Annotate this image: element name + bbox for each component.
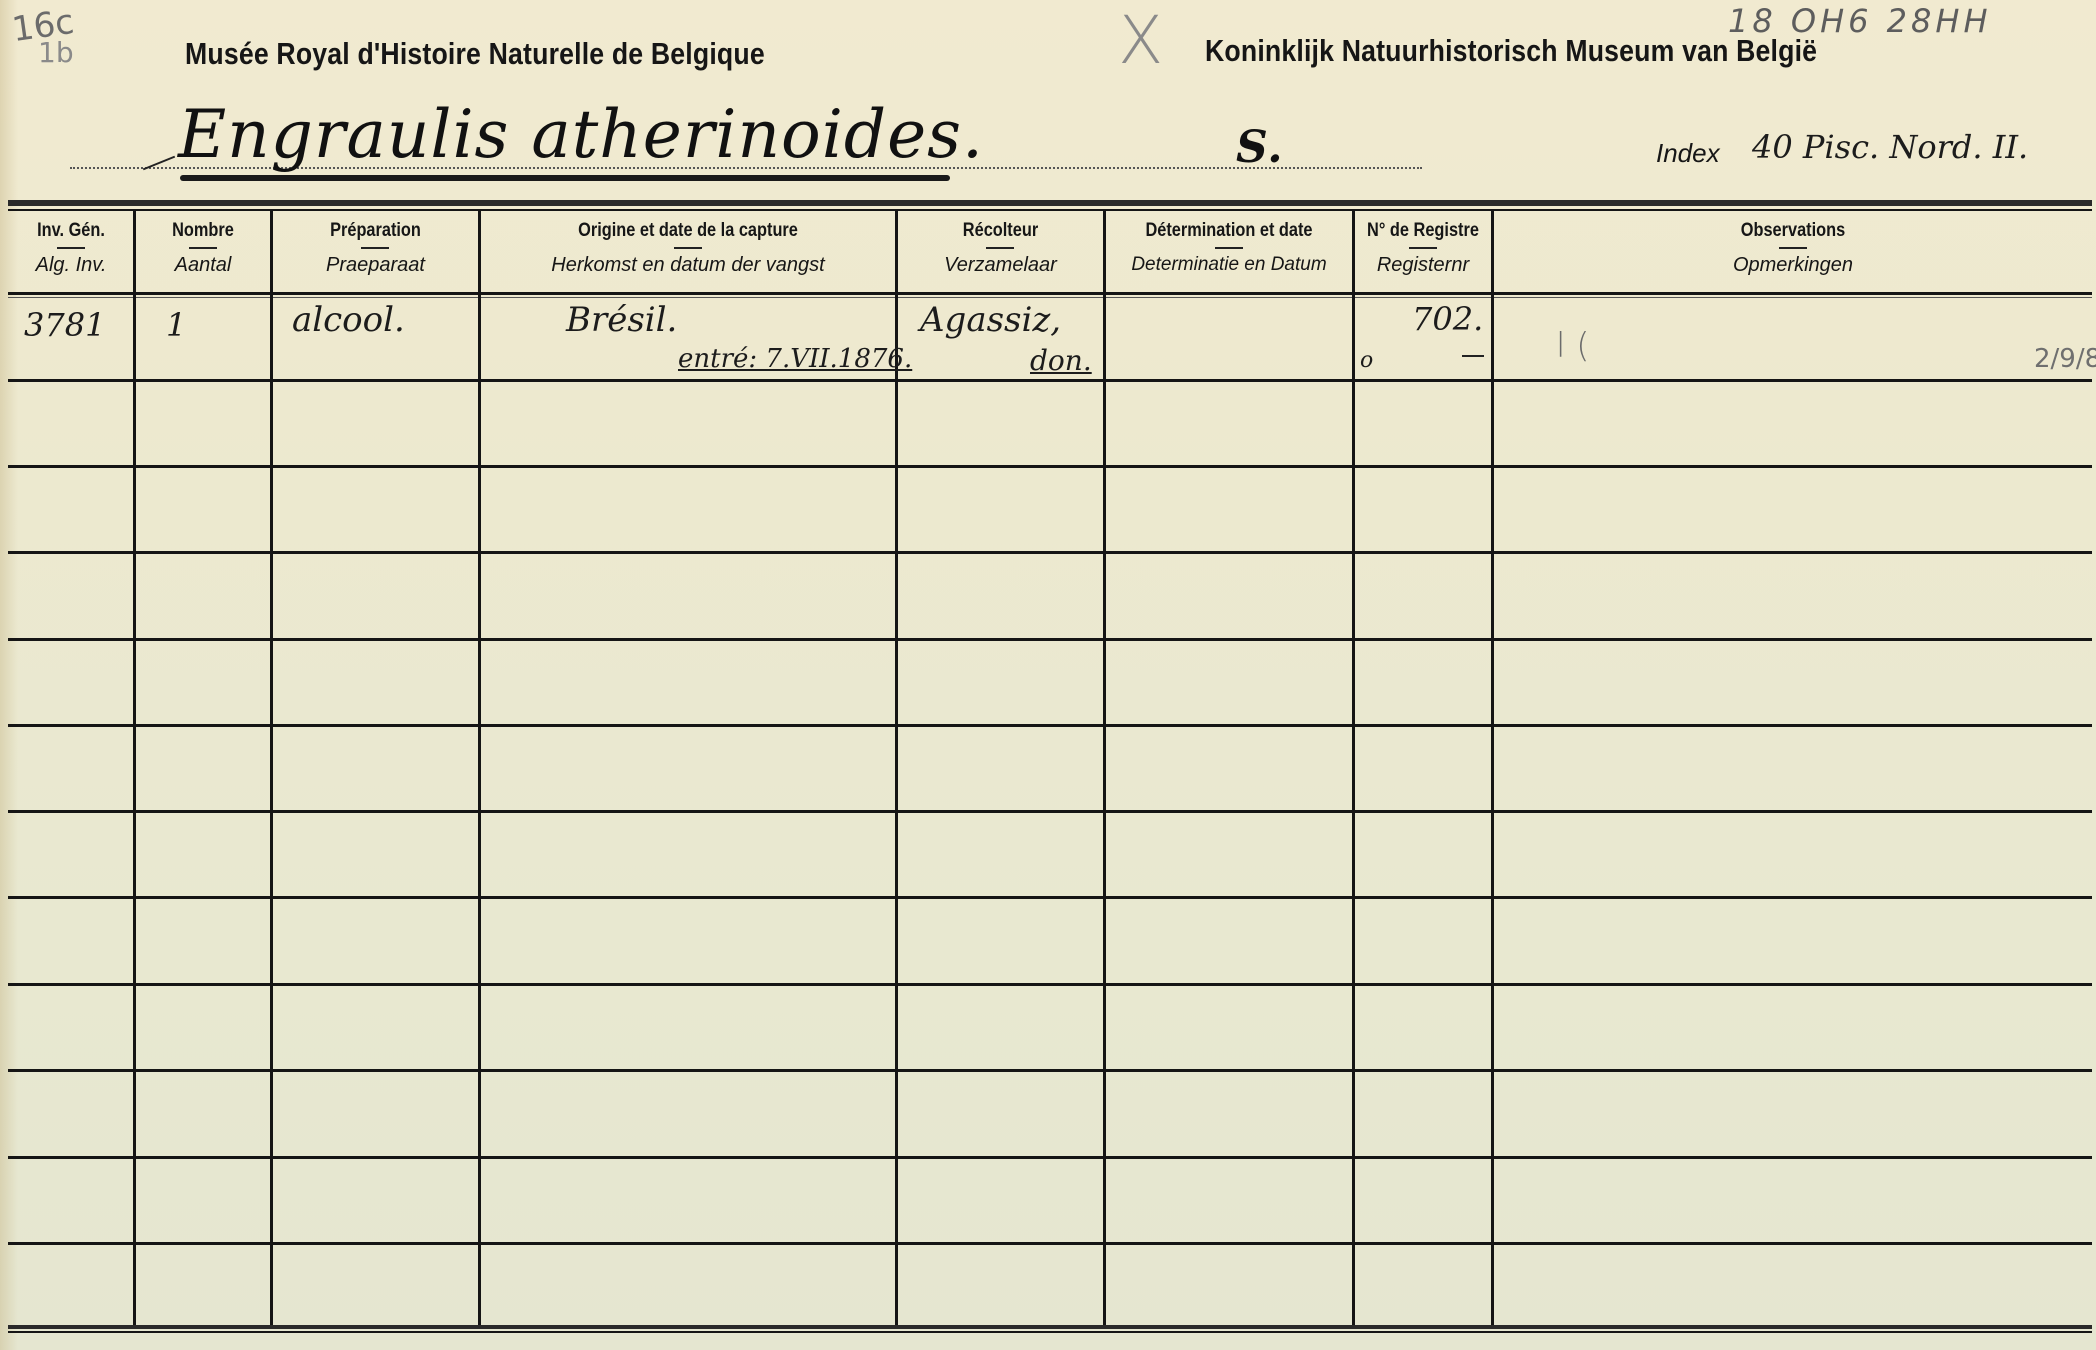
row-rule bbox=[8, 1069, 2092, 1072]
row-rule bbox=[8, 1242, 2092, 1245]
column-rule bbox=[270, 211, 273, 1325]
row-rule bbox=[8, 465, 2092, 468]
column-header-nl: Determinatie en Datum bbox=[1106, 254, 1352, 276]
column-header-nl: Praeparaat bbox=[273, 254, 478, 277]
header-separator-dash bbox=[361, 247, 389, 249]
row-rule bbox=[8, 983, 2092, 986]
species-name: Engraulis atherinoides. bbox=[178, 96, 984, 173]
cell-preparation: alcool. bbox=[292, 300, 405, 340]
header-separator-dash bbox=[986, 247, 1014, 249]
column-header-fr: Détermination et date bbox=[1123, 220, 1335, 242]
column-rule bbox=[133, 211, 136, 1325]
institution-name-french: Musée Royal d'Histoire Naturelle de Belg… bbox=[185, 36, 765, 72]
column-header-fr: N° de Registre bbox=[1365, 220, 1482, 242]
cell-register-number: 702. bbox=[1412, 300, 1483, 338]
column-rule bbox=[1491, 211, 1494, 1325]
column-header-register: N° de Registre Registernr bbox=[1355, 212, 1491, 292]
author-abbreviation: S. bbox=[1236, 122, 1284, 173]
column-header-origin: Origine et date de la capture Herkomst e… bbox=[481, 212, 895, 292]
pencil-cross-mark: X bbox=[1118, 2, 1163, 79]
column-header-observations: Observations Opmerkingen bbox=[1494, 212, 2092, 292]
specimen-catalog-card: 16c 1b X 18 OH6 28HH Musée Royal d'Histo… bbox=[0, 0, 2096, 1350]
pencil-note-top-left-2: 1b bbox=[38, 36, 74, 69]
column-rule bbox=[1352, 211, 1355, 1325]
cell-collector-note: don. bbox=[1030, 344, 1092, 377]
cell-observations: l ( bbox=[1556, 326, 1590, 366]
column-header-determination: Détermination et date Determinatie en Da… bbox=[1106, 212, 1352, 292]
cell-inventory-number: 3781 bbox=[24, 306, 105, 344]
cell-observations-date: 2/9/82 bbox=[2034, 344, 2096, 374]
column-header-nl: Opmerkingen bbox=[1494, 254, 2092, 277]
header-separator-dash bbox=[57, 247, 85, 249]
row-rule bbox=[8, 896, 2092, 899]
header-separator-dash bbox=[674, 247, 702, 249]
cell-collector: Agassiz, bbox=[920, 300, 1061, 340]
row-rule bbox=[8, 638, 2092, 641]
index-label: Index bbox=[1656, 138, 1720, 169]
column-rule bbox=[895, 211, 898, 1325]
column-header-collector: Récolteur Verzamelaar bbox=[898, 212, 1103, 292]
header-top-rule-thick bbox=[8, 200, 2092, 206]
column-rule bbox=[478, 211, 481, 1325]
table-bottom-rule-thin bbox=[8, 1331, 2092, 1333]
column-header-nl: Herkomst en datum der vangst bbox=[481, 254, 895, 277]
column-header-preparation: Préparation Praeparaat bbox=[273, 212, 478, 292]
header-bottom-rule bbox=[8, 292, 2092, 295]
column-header-nl: Registernr bbox=[1355, 254, 1491, 277]
row-rule bbox=[8, 724, 2092, 727]
row-rule bbox=[8, 1156, 2092, 1159]
header-separator-dash bbox=[1779, 247, 1807, 249]
register-dash bbox=[1462, 355, 1484, 357]
cell-origin: Brésil. bbox=[566, 300, 677, 340]
header-top-rule-thin bbox=[8, 209, 2092, 211]
column-header-nl: Verzamelaar bbox=[898, 254, 1103, 277]
column-header-count: Nombre Aantal bbox=[136, 212, 270, 292]
column-header-nl: Aantal bbox=[136, 254, 270, 277]
column-header-fr: Récolteur bbox=[912, 220, 1088, 242]
header-bottom-rule-thin bbox=[8, 297, 2092, 298]
row-rule bbox=[8, 810, 2092, 813]
cell-register-mark: o bbox=[1360, 348, 1373, 373]
cell-origin-date: entré: 7.VII.1876. bbox=[678, 344, 912, 374]
column-rule bbox=[1103, 211, 1106, 1325]
column-header-fr: Observations bbox=[1536, 220, 2050, 242]
institution-name-dutch: Koninklijk Natuurhistorisch Museum van B… bbox=[1205, 33, 1817, 69]
row-rule bbox=[8, 379, 2092, 382]
species-underline bbox=[180, 175, 950, 181]
column-header-nl: Alg. Inv. bbox=[8, 254, 134, 277]
column-header-fr: Préparation bbox=[287, 220, 463, 242]
table-bottom-rule-thick bbox=[8, 1325, 2092, 1329]
cell-count: 1 bbox=[166, 306, 186, 344]
column-header-fr: Nombre bbox=[145, 220, 260, 242]
header-separator-dash bbox=[1409, 247, 1437, 249]
header-separator-dash bbox=[189, 247, 217, 249]
index-value: 40 Pisc. Nord. II. bbox=[1752, 128, 2028, 166]
column-header-fr: Origine et date de la capture bbox=[510, 220, 866, 242]
column-header-fr: Inv. Gén. bbox=[17, 220, 125, 242]
header-separator-dash bbox=[1215, 247, 1243, 249]
row-rule bbox=[8, 551, 2092, 554]
column-header-inv: Inv. Gén. Alg. Inv. bbox=[8, 212, 134, 292]
